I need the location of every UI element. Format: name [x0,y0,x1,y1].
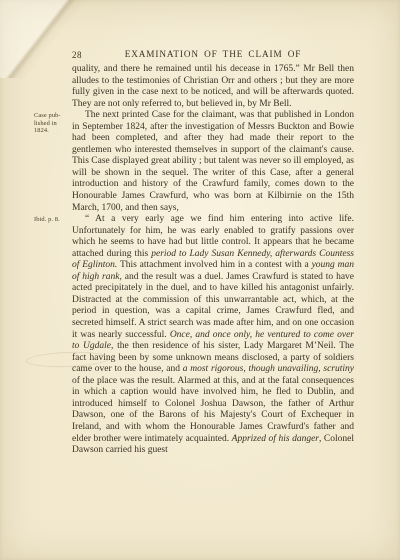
body-text: quality, and there he remained until his… [72,64,354,109]
italic-text: a most rigorous, though unavailing, scru… [183,364,354,374]
italic-text: Apprized of his danger [232,434,319,444]
margin-note: Ibid. p. 8. [34,216,69,223]
margin-note: Case pub- lished in 1824. [34,112,69,134]
page-number: 28 [72,50,82,60]
page-header: 28 EXAMINATION OF THE CLAIM OF [72,49,354,61]
body-text: This attachment involved him in a contes… [117,260,311,270]
running-head: EXAMINATION OF THE CLAIM OF [72,49,354,59]
paragraph-1: quality, and there he remained until his… [72,64,354,110]
scanned-book-page: 28 EXAMINATION OF THE CLAIM OF quality, … [0,0,400,560]
paragraph-3: Ibid. p. 8.“ At a very early age we find… [72,214,354,456]
paragraph-2: Case pub- lished in 1824.The next printe… [72,110,354,214]
text-block: quality, and there he remained until his… [72,64,354,457]
body-text: The next printed Case for the claimant, … [72,110,354,212]
